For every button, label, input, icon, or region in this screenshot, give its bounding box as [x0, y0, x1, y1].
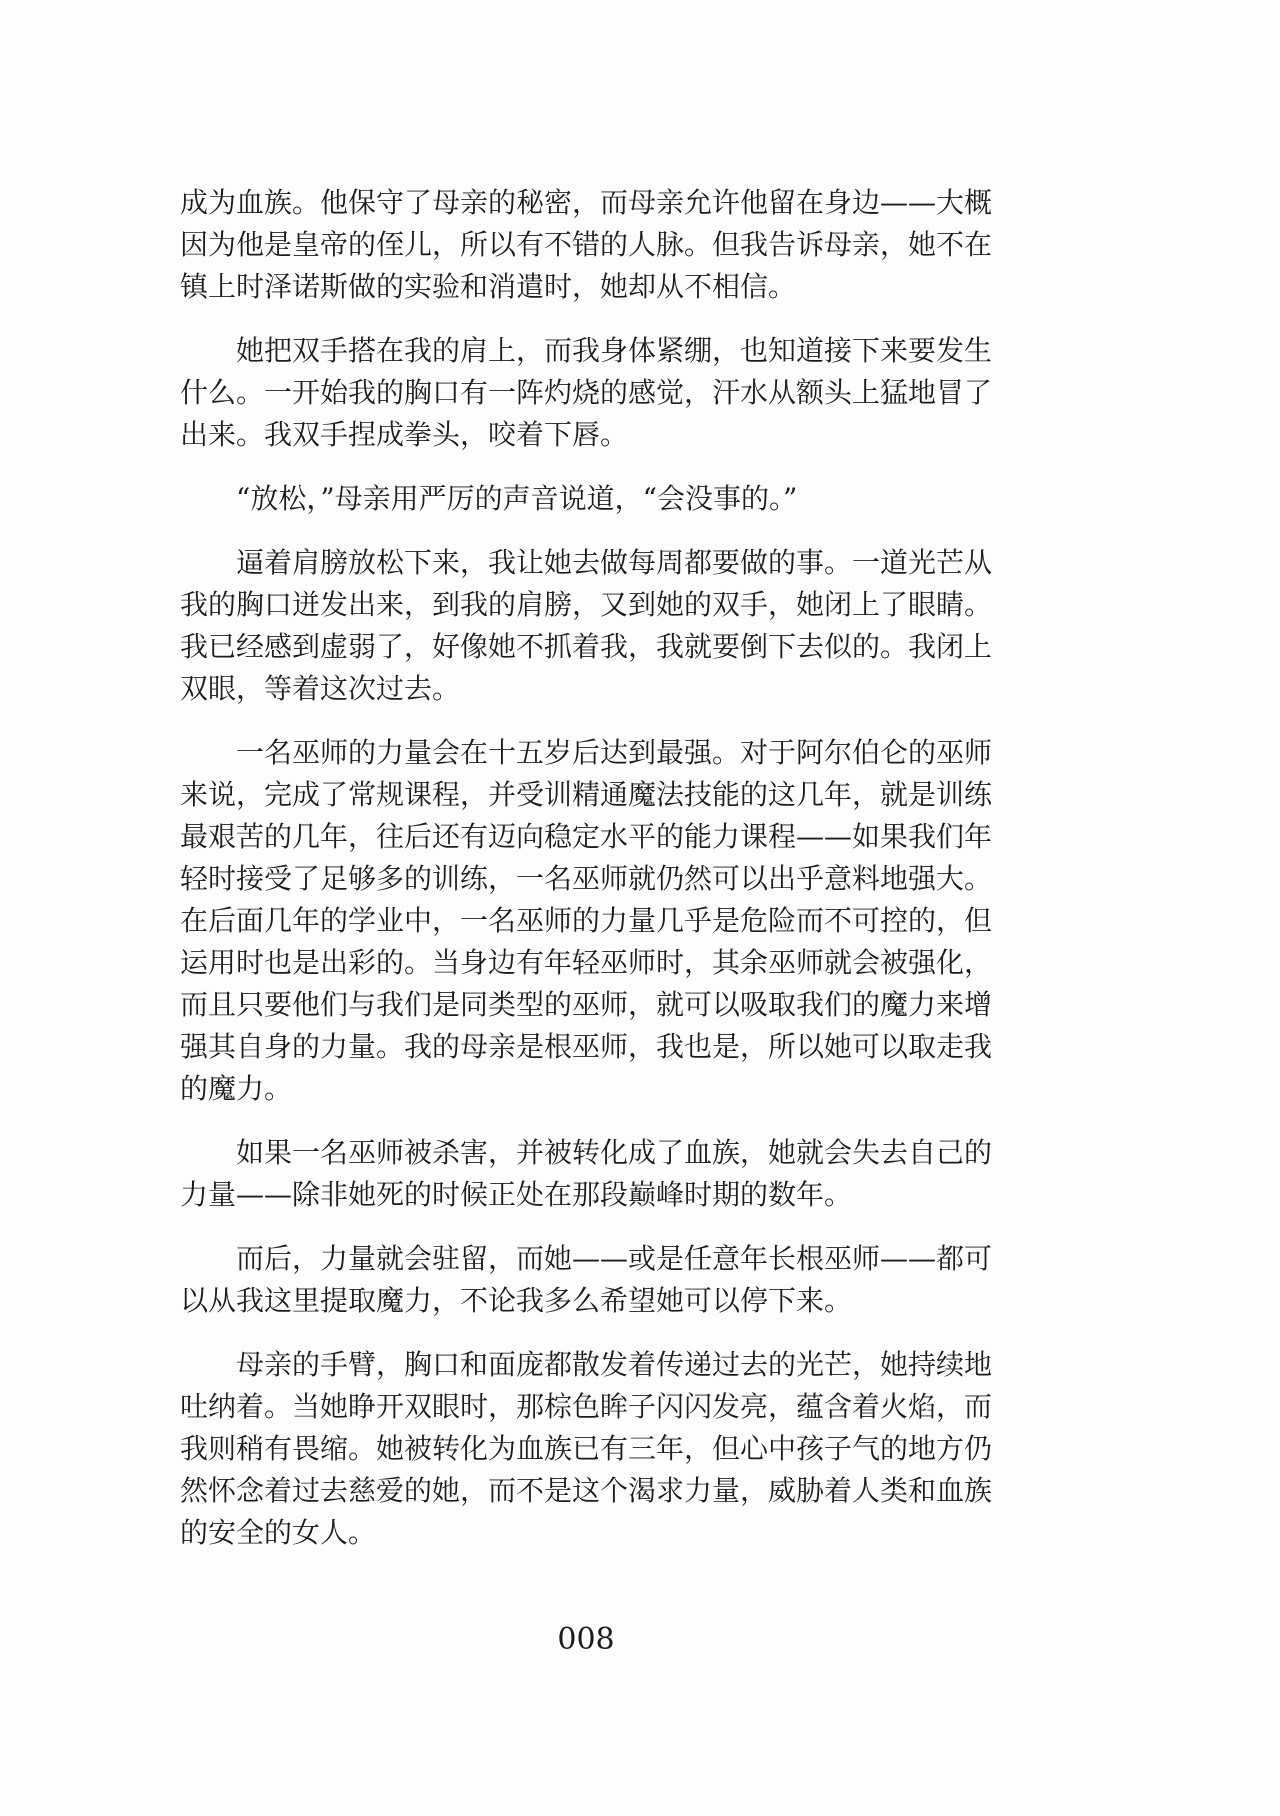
paragraph: 一名巫师的力量会在十五岁后达到最强。对于阿尔伯仑的巫师来说，完成了常规课程，并受… — [180, 732, 992, 1110]
paragraph: 成为血族。他保守了母亲的秘密，而母亲允许他留在身边——大概因为他是皇帝的侄儿，所… — [180, 182, 992, 308]
paragraph: 母亲的手臂，胸口和面庞都散发着传递过去的光芒，她持续地吐纳着。当她睁开双眼时，那… — [180, 1344, 992, 1554]
page-text: 成为血族。他保守了母亲的秘密，而母亲允许他留在身边——大概因为他是皇帝的侄儿，所… — [180, 182, 992, 1576]
paragraph: 如果一名巫师被杀害，并被转化成了血族，她就会失去自己的力量——除非她死的时候正处… — [180, 1132, 992, 1216]
paragraph: 她把双手搭在我的肩上，而我身体紧绷，也知道接下来要发生什么。一开始我的胸口有一阵… — [180, 330, 992, 456]
page-number: 008 — [180, 1622, 992, 1658]
paragraph: 而后，力量就会驻留，而她——或是任意年长根巫师——都可以从我这里提取魔力，不论我… — [180, 1238, 992, 1322]
book-page: 成为血族。他保守了母亲的秘密，而母亲允许他留在身边——大概因为他是皇帝的侄儿，所… — [0, 0, 1280, 1816]
paragraph: “放松，”母亲用严厉的声音说道，“会没事的。” — [180, 478, 992, 520]
paragraph: 逼着肩膀放松下来，我让她去做每周都要做的事。一道光芒从我的胸口迸发出来，到我的肩… — [180, 542, 992, 710]
